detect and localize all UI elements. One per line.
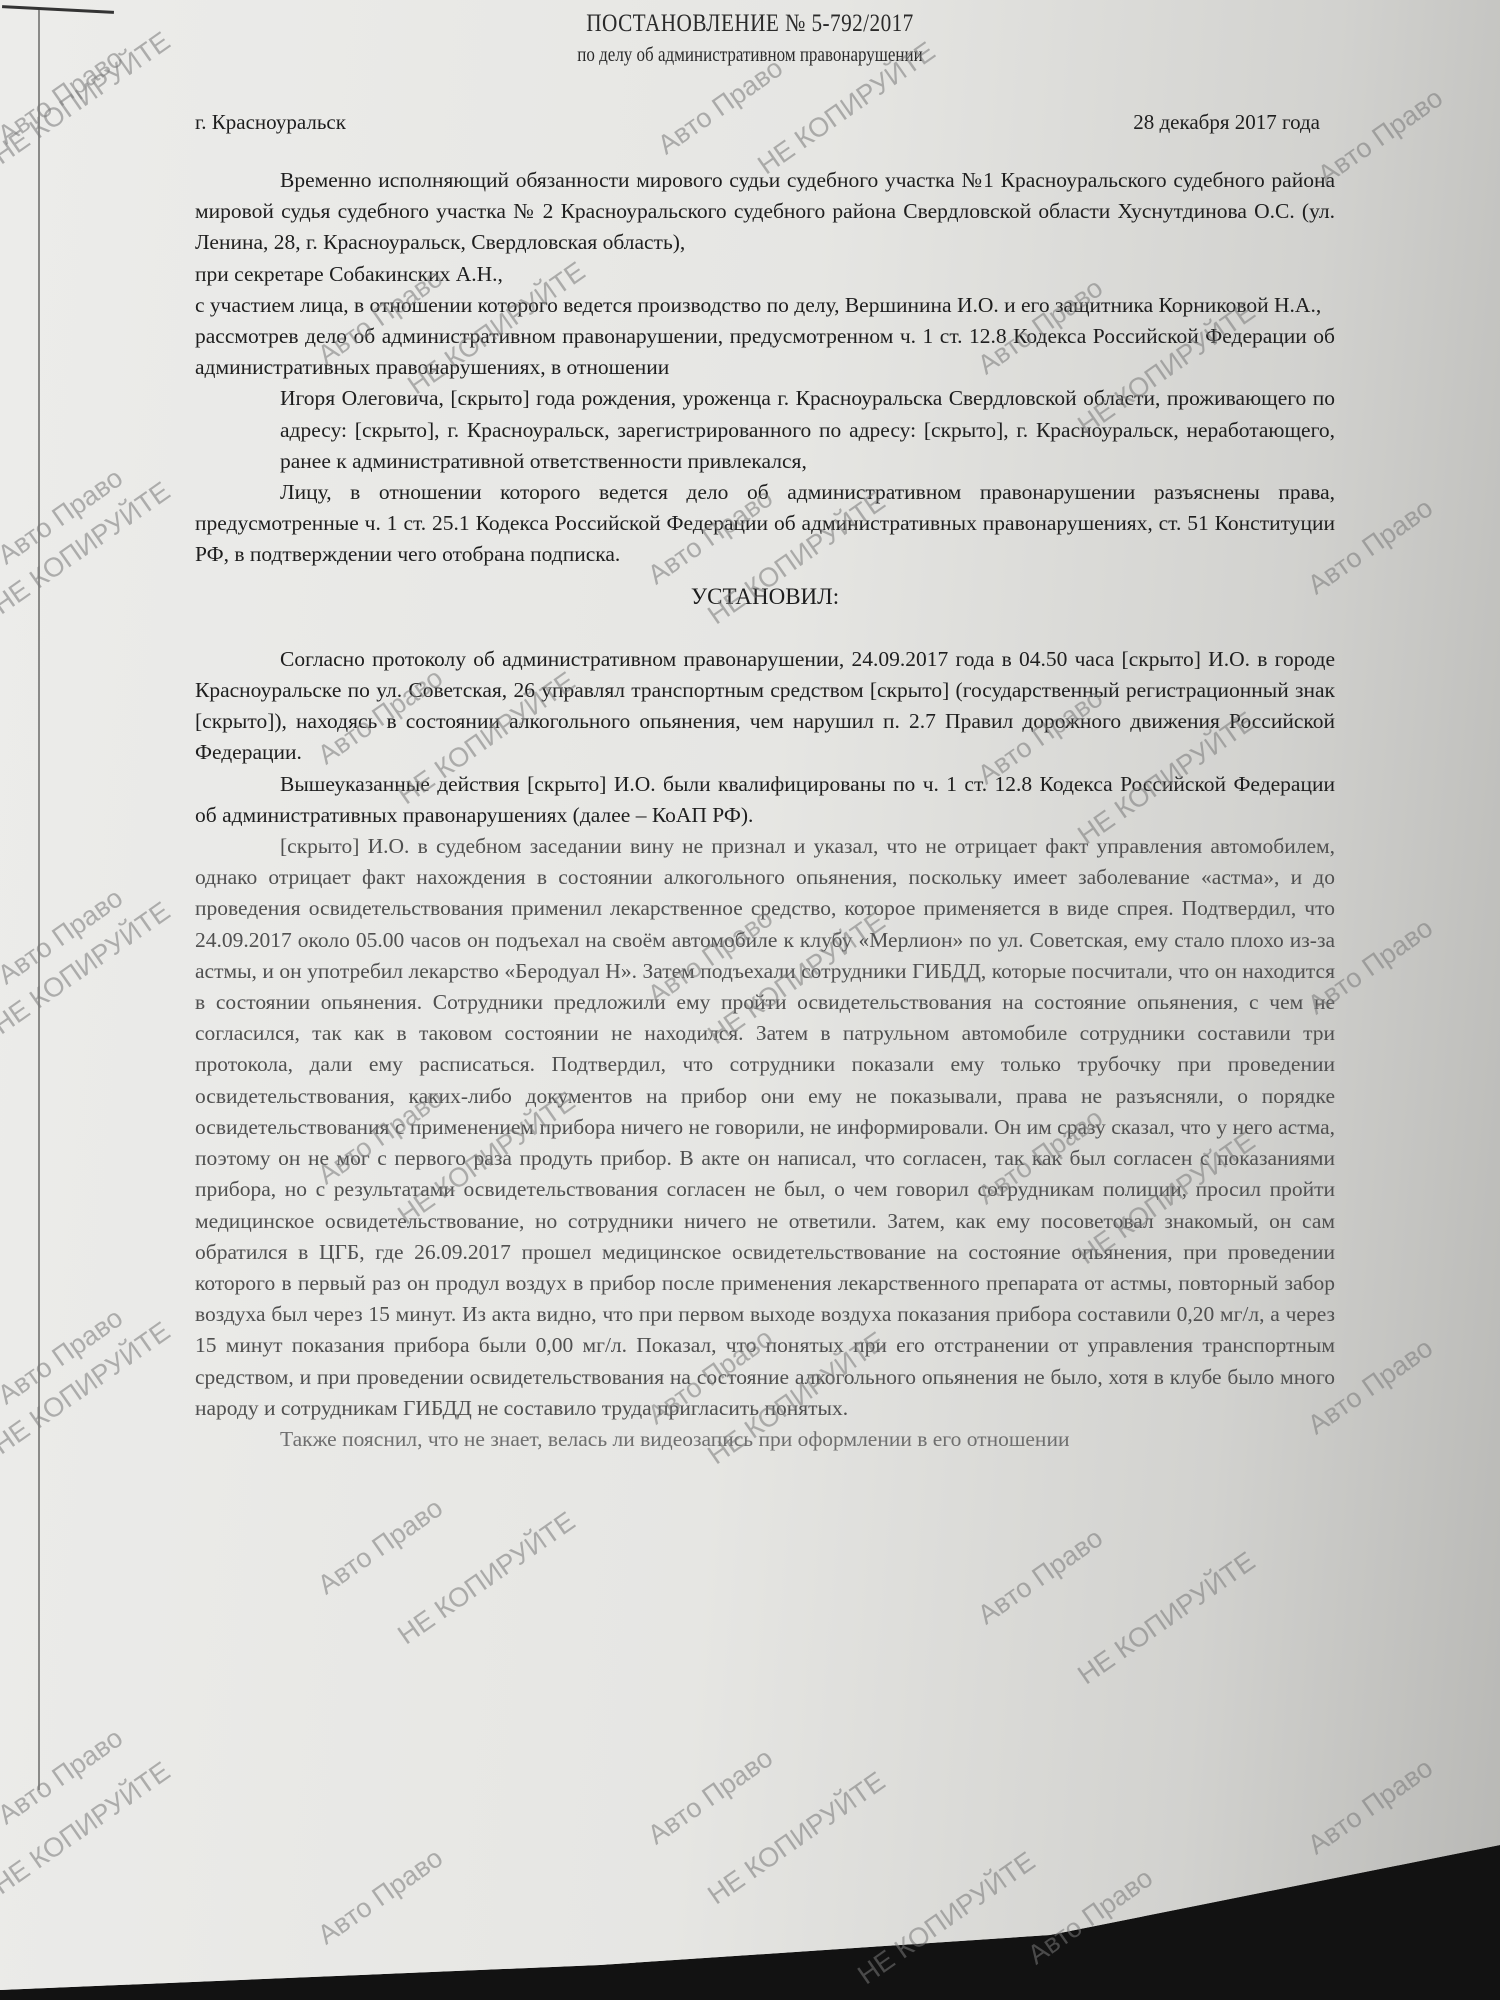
paragraph-participants: с участием лица, в отношении которого ве…: [195, 290, 1335, 321]
paragraph-considered: рассмотрев дело об административном прав…: [195, 321, 1335, 383]
document-header: ПОСТАНОВЛЕНИЕ № 5-792/2017 по делу об ад…: [0, 10, 1500, 67]
paragraph-secretary: при секретаре Собакинских А.Н.,: [195, 259, 1335, 290]
paragraph-finding-2: Вышеуказанные действия [скрыто] И.О. был…: [195, 769, 1335, 831]
paragraph-finding-1: Согласно протоколу об административном п…: [195, 644, 1335, 769]
document-place: г. Красноуральск: [195, 110, 346, 135]
document-body: Временно исполняющий обязанности мировог…: [195, 165, 1335, 1455]
section-heading: УСТАНОВИЛ:: [195, 581, 1335, 612]
place-date-row: г. Красноуральск 28 декабря 2017 года: [195, 110, 1320, 135]
paragraph-rights: Лицу, в отношении которого ведется дело …: [195, 477, 1335, 571]
paragraph-finding-4: Также пояснил, что не знает, велась ли в…: [195, 1424, 1335, 1455]
margin-line: [38, 10, 40, 1790]
document-title: ПОСТАНОВЛЕНИЕ № 5-792/2017: [113, 10, 1388, 38]
paragraph-judge: Временно исполняющий обязанности мировог…: [195, 165, 1335, 259]
document-subtitle: по делу об административном правонарушен…: [113, 44, 1388, 67]
document-date: 28 декабря 2017 года: [1133, 110, 1320, 135]
paragraph-person-details: Игоря Олеговича, [скрыто] года рождения,…: [195, 383, 1335, 477]
paragraph-finding-3: [скрыто] И.О. в судебном заседании вину …: [195, 831, 1335, 1424]
